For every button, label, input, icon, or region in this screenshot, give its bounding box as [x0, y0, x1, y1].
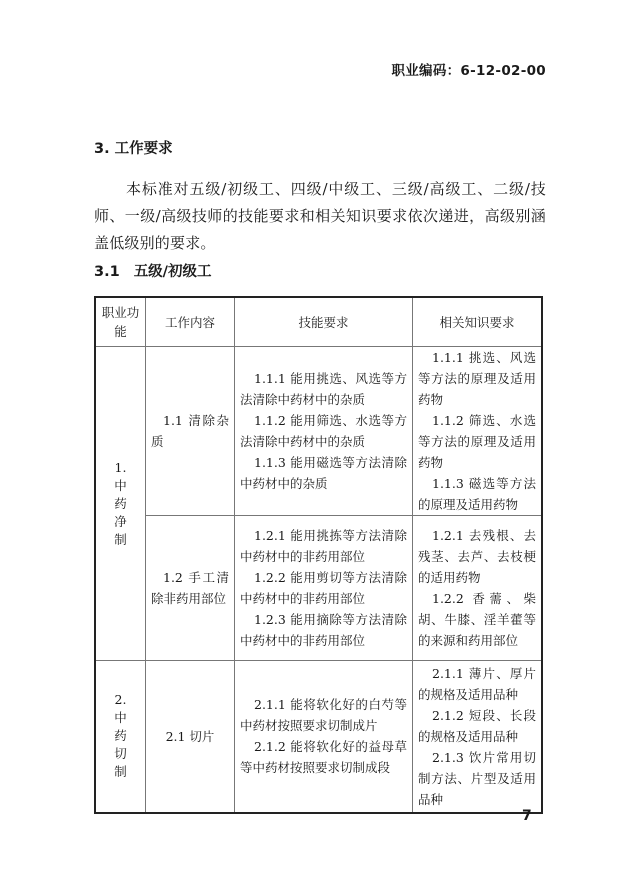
header-work: 工作内容 — [146, 297, 235, 347]
function-cell: 1. 中药净制 — [95, 347, 146, 661]
skill-item: 1.2.2 能用剪切等方法清除中药材中的非药用部位 — [240, 567, 407, 609]
section-title: 3. 工作要求 — [94, 137, 173, 158]
knowledge-item: 1.2.1 去残根、去残茎、去芦、去枝梗的适用药物 — [418, 525, 536, 588]
skill-item: 1.2.1 能用挑拣等方法清除中药材中的非药用部位 — [240, 525, 407, 567]
subsection-label: 五级/初级工 — [134, 264, 212, 280]
knowledge-cell: 1.1.1 挑选、风选等方法的原理及适用药物 1.1.2 筛选、水选等方法的原理… — [413, 347, 543, 516]
knowledge-cell: 2.1.1 薄片、厚片的规格及适用品种 2.1.2 短段、长段的规格及适用品种 … — [413, 661, 543, 813]
skill-cell: 1.1.1 能用挑选、风选等方法清除中药材中的杂质 1.1.2 能用筛选、水选等… — [235, 347, 413, 516]
work-text: 1.1 清除杂质 — [151, 410, 229, 452]
knowledge-item: 2.1.1 薄片、厚片的规格及适用品种 — [418, 663, 536, 705]
knowledge-item: 1.1.1 挑选、风选等方法的原理及适用药物 — [418, 347, 536, 410]
knowledge-item: 2.1.2 短段、长段的规格及适用品种 — [418, 705, 536, 747]
header-skill: 技能要求 — [235, 297, 413, 347]
work-text: 2.1 切片 — [166, 729, 215, 744]
skill-item: 2.1.1 能将软化好的白芍等中药材按照要求切制成片 — [240, 694, 407, 736]
skill-item: 1.1.3 能用磁选等方法清除中药材中的杂质 — [240, 452, 407, 494]
table-row: 2. 中药切制 2.1 切片 2.1.1 能将软化好的白芍等中药材按照要求切制成… — [95, 661, 542, 813]
function-name: 中药净制 — [114, 477, 128, 549]
skill-item: 1.2.3 能用摘除等方法清除中药材中的非药用部位 — [240, 609, 407, 651]
occupation-code: 职业编码：6-12-02-00 — [391, 59, 546, 79]
subsection-number: 3.1 — [94, 264, 120, 280]
function-number: 2. — [101, 691, 140, 709]
section-intro: 本标准对五级/初级工、四级/中级工、三级/高级工、二级/技师、一级/高级技师的技… — [94, 176, 546, 257]
table-row: 1.2 手工清除非药用部位 1.2.1 能用挑拣等方法清除中药材中的非药用部位 … — [95, 516, 542, 661]
page-number: 7 — [522, 808, 532, 824]
skill-cell: 1.2.1 能用挑拣等方法清除中药材中的非药用部位 1.2.2 能用剪切等方法清… — [235, 516, 413, 661]
work-cell: 1.1 清除杂质 — [146, 347, 235, 516]
function-name: 中药切制 — [114, 709, 128, 781]
function-number: 1. — [101, 459, 140, 477]
skill-item: 1.1.2 能用筛选、水选等方法清除中药材中的杂质 — [240, 410, 407, 452]
requirements-table: 职业功能 工作内容 技能要求 相关知识要求 1. 中药净制 1.1 清除杂质 1… — [94, 296, 543, 814]
knowledge-item: 1.2.2 香薷、柴胡、牛膝、淫羊藿等的来源和药用部位 — [418, 588, 536, 651]
knowledge-item: 2.1.3 饮片常用切制方法、片型及适用品种 — [418, 747, 536, 810]
work-cell: 2.1 切片 — [146, 661, 235, 813]
table-row: 1. 中药净制 1.1 清除杂质 1.1.1 能用挑选、风选等方法清除中药材中的… — [95, 347, 542, 516]
knowledge-item: 1.1.3 磁选等方法的原理及适用药物 — [418, 473, 536, 515]
knowledge-item: 1.1.2 筛选、水选等方法的原理及适用药物 — [418, 410, 536, 473]
work-text: 1.2 手工清除非药用部位 — [151, 567, 229, 609]
skill-item: 2.1.2 能将软化好的益母草等中药材按照要求切制成段 — [240, 736, 407, 778]
skill-item: 1.1.1 能用挑选、风选等方法清除中药材中的杂质 — [240, 368, 407, 410]
work-cell: 1.2 手工清除非药用部位 — [146, 516, 235, 661]
table-header-row: 职业功能 工作内容 技能要求 相关知识要求 — [95, 297, 542, 347]
header-function: 职业功能 — [95, 297, 146, 347]
subsection-title: 3.1五级/初级工 — [94, 260, 211, 281]
header-knowledge: 相关知识要求 — [413, 297, 543, 347]
function-cell: 2. 中药切制 — [95, 661, 146, 813]
knowledge-cell: 1.2.1 去残根、去残茎、去芦、去枝梗的适用药物 1.2.2 香薷、柴胡、牛膝… — [413, 516, 543, 661]
skill-cell: 2.1.1 能将软化好的白芍等中药材按照要求切制成片 2.1.2 能将软化好的益… — [235, 661, 413, 813]
